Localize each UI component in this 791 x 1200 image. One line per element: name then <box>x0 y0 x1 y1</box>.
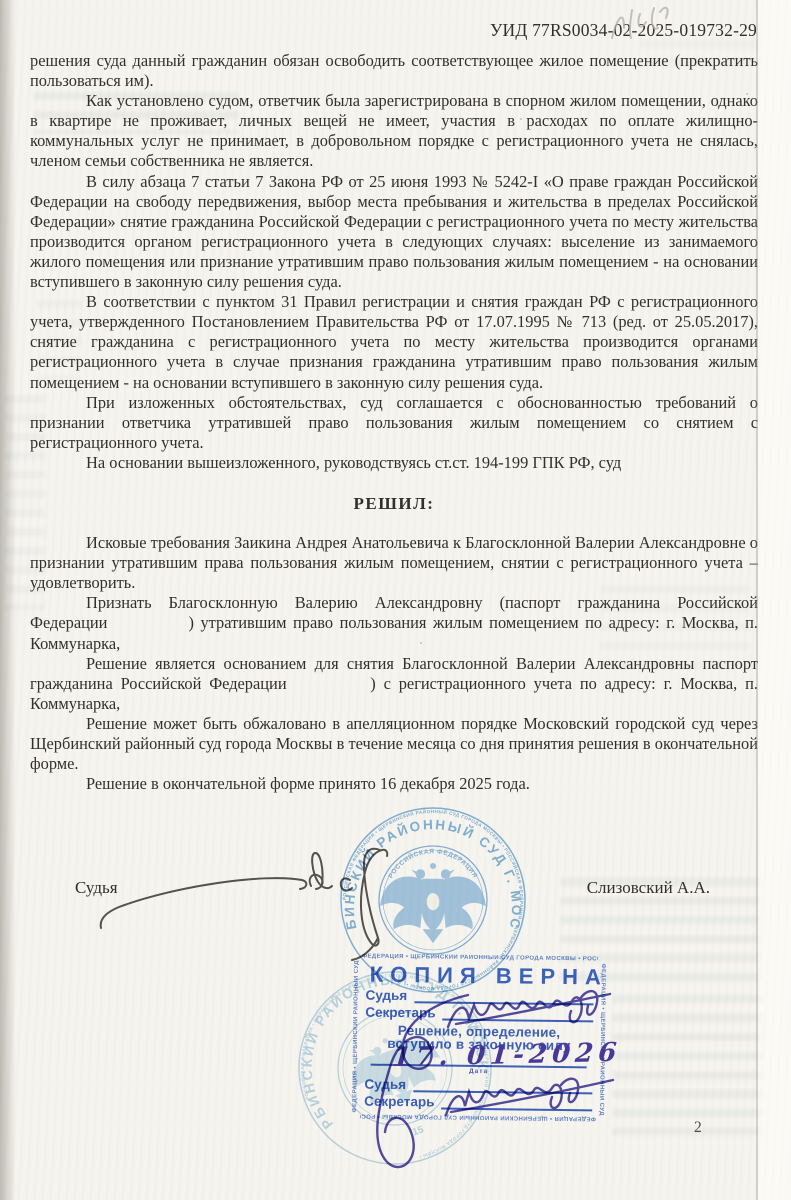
paragraph: В силу абзаца 7 статьи 7 Закона РФ от 25… <box>30 172 758 293</box>
paragraph: При изложенных обстоятельствах, суд согл… <box>30 393 758 453</box>
scan-edge-strip <box>758 0 791 1200</box>
document-body: решения суда данный гражданин обязан осв… <box>30 51 758 794</box>
scan-edge-shadow <box>0 0 16 1200</box>
pencil-scribble <box>600 2 678 46</box>
paragraph: Как установлено судом, ответчик была зар… <box>30 91 758 171</box>
secretary-signatures <box>330 975 630 1190</box>
paragraph: Решение является основанием для снятия Б… <box>30 654 758 714</box>
paragraph: Решение может быть обжаловано в апелляци… <box>30 714 758 774</box>
paragraph: Признать Благосклонную Валерию Александр… <box>30 593 758 653</box>
page-number: 2 <box>694 1119 702 1137</box>
resolution-heading: РЕШИЛ: <box>30 494 758 514</box>
paragraph: Решение в окончательной форме принято 16… <box>30 774 758 794</box>
judge-name: Слизовский А.А. <box>587 878 710 898</box>
paragraph: Исковые требования Заикина Андрея Анатол… <box>30 533 758 593</box>
bleed-through-smudge <box>612 995 762 1135</box>
court-decision-page: УИД 77RS0034-02-2025-019732-29 решения с… <box>0 0 791 1200</box>
paragraph: В соответствии с пунктом 31 Правил регис… <box>30 292 758 392</box>
judge-signature <box>95 840 415 980</box>
paragraph: решения суда данный гражданин обязан осв… <box>30 51 758 91</box>
paragraph: На основании вышеизложенного, руководств… <box>30 453 758 473</box>
